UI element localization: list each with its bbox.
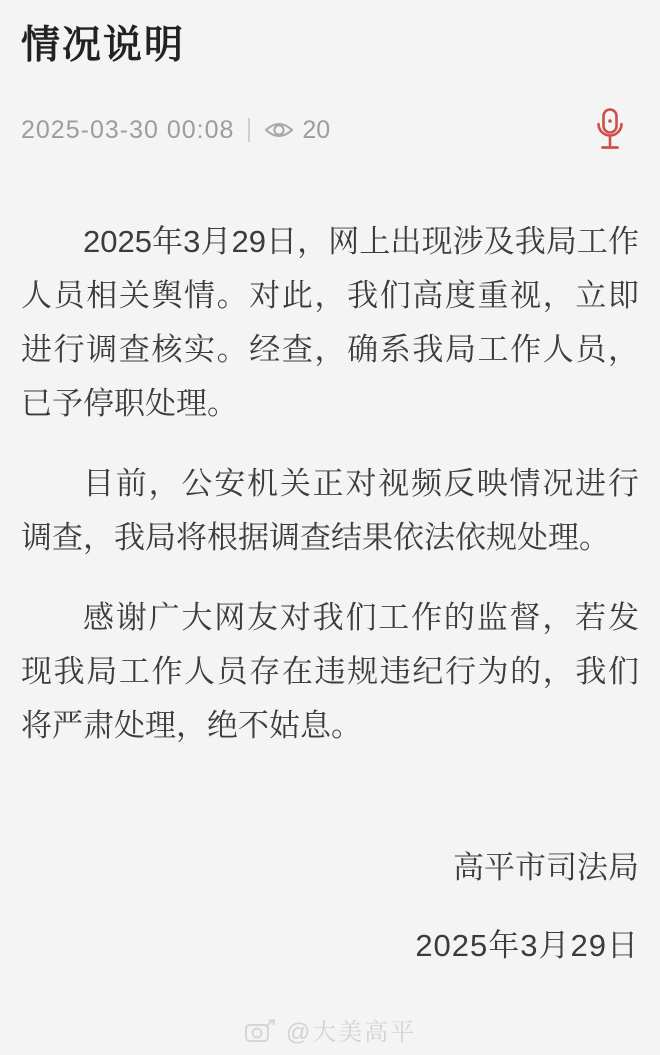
paragraph-2: 目前，公安机关正对视频反映情况进行调查，我局将根据调查结果依法依规处理。 (21, 457, 639, 565)
listen-button[interactable] (593, 107, 627, 153)
article-body: 2025年3月29日，网上出现涉及我局工作人员相关舆情。对此，我们高度重视，立即… (21, 215, 639, 753)
meta-row: 2025-03-30 00:08 20 (21, 107, 639, 153)
watermark: @大美高平 (0, 1012, 660, 1047)
meta-info: 2025-03-30 00:08 20 (21, 116, 330, 145)
paragraph-1: 2025年3月29日，网上出现涉及我局工作人员相关舆情。对此，我们高度重视，立即… (21, 215, 639, 431)
view-count-group: 20 (264, 116, 330, 145)
camera-icon (244, 1017, 278, 1043)
meta-divider (248, 118, 250, 142)
microphone-icon (593, 107, 627, 153)
article-page: 情况说明 2025-03-30 00:08 20 2025年3 (0, 0, 660, 1055)
issuing-authority: 高平市司法局 (21, 841, 639, 895)
paragraph-3: 感谢广大网友对我们工作的监督，若发现我局工作人员存在违规违纪行为的，我们将严肃处… (21, 591, 639, 753)
statement-date: 2025年3月29日 (21, 919, 639, 973)
eye-icon (264, 119, 294, 141)
watermark-text: @大美高平 (286, 1012, 416, 1047)
page-title: 情况说明 (21, 0, 639, 71)
view-count: 20 (302, 116, 330, 145)
publish-datetime: 2025-03-30 00:08 (21, 116, 234, 145)
